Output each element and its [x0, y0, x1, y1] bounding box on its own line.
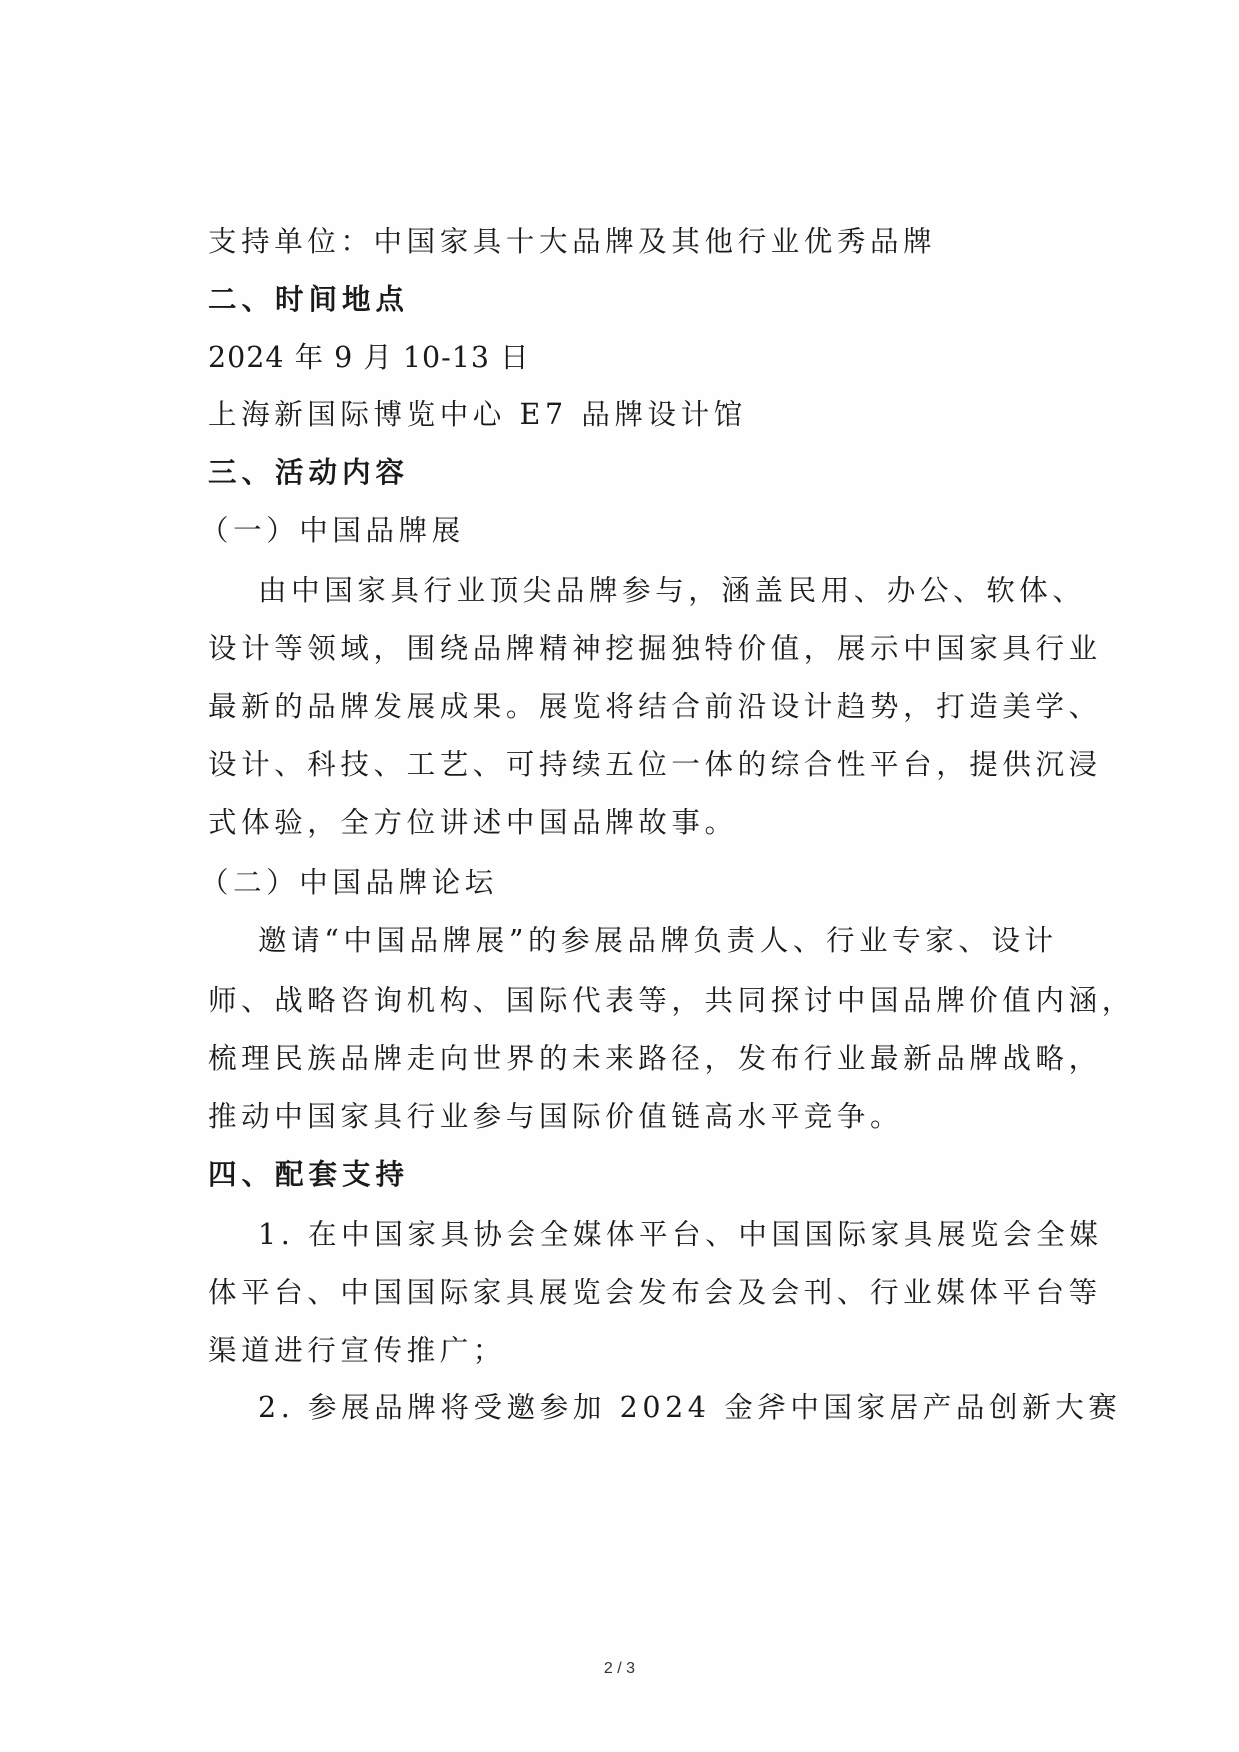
paragraph-line: 师、战略咨询机构、国际代表等，共同探讨中国品牌价值内涵， [208, 983, 1135, 1019]
paragraph-line: 设计等领域，围绕品牌精神挖掘独特价值，展示中国家具行业 [208, 631, 1102, 667]
subsection-heading-brand-exhibition: （一）中国品牌展 [200, 513, 465, 549]
paragraph-line: 由中国家具行业顶尖品牌参与，涵盖民用、办公、软体、 [258, 573, 1086, 609]
section-heading-time-place: 二、时间地点 [208, 282, 409, 318]
paragraph-line: 设计、科技、工艺、可持续五位一体的综合性平台，提供沉浸 [208, 747, 1102, 783]
section-heading-activities: 三、活动内容 [208, 455, 409, 491]
event-venue: 上海新国际博览中心 E7 品牌设计馆 [208, 397, 747, 433]
section-heading-support: 四、配套支持 [208, 1157, 409, 1193]
paragraph-line: 式体验，全方位讲述中国品牌故事。 [208, 805, 738, 841]
paragraph-line: 梳理民族品牌走向世界的未来路径，发布行业最新品牌战略， [208, 1041, 1102, 1077]
list-item-line: 1. 在中国家具协会全媒体平台、中国国际家具展览会全媒 [258, 1217, 1102, 1253]
event-date: 2024 年 9 月 10-13 日 [208, 340, 530, 376]
page-number: 2 / 3 [0, 1660, 1239, 1678]
paragraph-line: 推动中国家具行业参与国际价值链高水平竞争。 [208, 1099, 903, 1135]
list-item-line: 渠道进行宣传推广； [208, 1333, 506, 1369]
support-units-line: 支持单位：中国家具十大品牌及其他行业优秀品牌 [208, 224, 936, 260]
list-item-line: 体平台、中国国际家具展览会发布会及会刊、行业媒体平台等 [208, 1275, 1102, 1311]
document-page: 支持单位：中国家具十大品牌及其他行业优秀品牌 二、时间地点 2024 年 9 月… [0, 0, 1239, 1752]
paragraph-line: 最新的品牌发展成果。展览将结合前沿设计趋势，打造美学、 [208, 689, 1102, 725]
subsection-heading-brand-forum: （二）中国品牌论坛 [200, 865, 498, 901]
list-item-line: 2. 参展品牌将受邀参加 2024 金斧中国家居产品创新大赛 [258, 1390, 1121, 1426]
paragraph-line: 邀请“中国品牌展”的参展品牌负责人、行业专家、设计 [258, 923, 1058, 959]
